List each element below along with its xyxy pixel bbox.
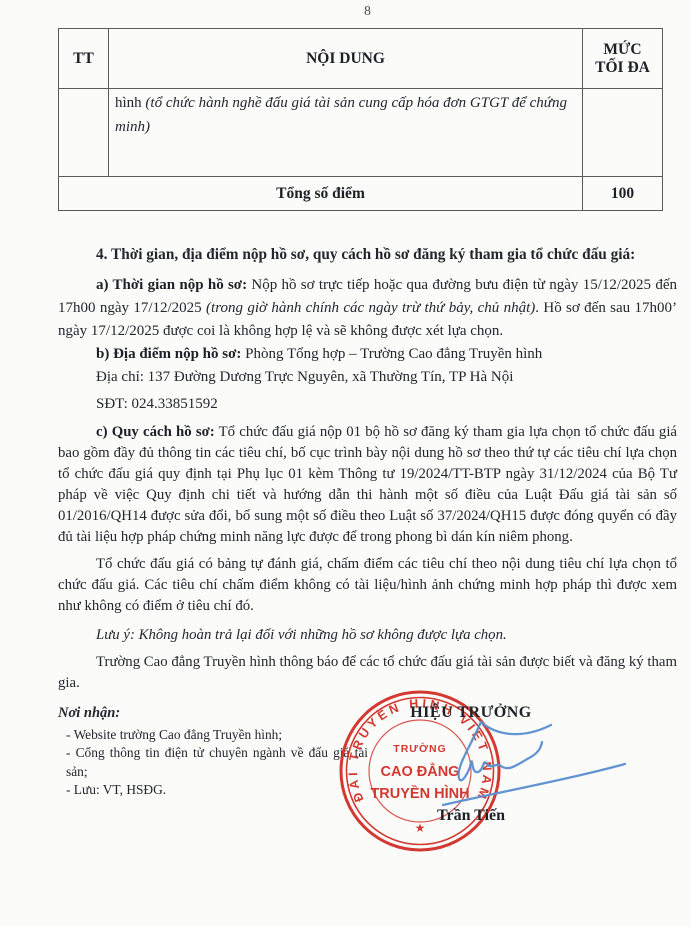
table-total-row: Tổng số điểm 100	[59, 177, 663, 211]
cell-max-empty	[583, 89, 663, 177]
signature-block: HIỆU TRƯỞNG Trần Tiến	[341, 704, 601, 825]
header-cell-tt: TT	[59, 29, 109, 89]
paragraph-b: b) Địa điểm nộp hồ sơ: Phòng Tổng hợp – …	[58, 343, 677, 366]
recipients-block: Nơi nhận: - Website trường Cao đẳng Truy…	[58, 704, 368, 800]
signer-title: HIỆU TRƯỞNG	[341, 704, 601, 722]
paragraph-a-label: a) Thời gian nộp hồ sơ:	[96, 277, 247, 293]
phone-line: SĐT: 024.33851592	[58, 393, 677, 416]
paragraph-a-italic: (trong giờ hành chính các ngày trừ thứ b…	[206, 300, 535, 316]
paragraph-c-text: Tổ chức đấu giá nộp 01 bộ hồ sơ đăng ký …	[58, 424, 677, 545]
table-row: hình (tổ chức hành nghề đấu giá tài sản …	[59, 89, 663, 177]
cell-content: hình (tổ chức hành nghề đấu giá tài sản …	[109, 89, 583, 177]
paragraph-b-text: Phòng Tổng hợp – Trường Cao đẳng Truyền …	[241, 346, 542, 362]
criteria-table: TT NỘI DUNG MỨC TỐI ĐA hình (tổ chức hàn…	[58, 28, 663, 211]
recipient-item: - Website trường Cao đẳng Truyền hình;	[58, 726, 368, 745]
paragraph-b-label: b) Địa điểm nộp hồ sơ:	[96, 346, 241, 362]
header-cell-noi-dung: NỘI DUNG	[109, 29, 583, 89]
cell-content-regular: hình	[115, 95, 145, 111]
paragraph-c-label: c) Quy cách hồ sơ:	[96, 424, 215, 440]
paragraph-a: a) Thời gian nộp hồ sơ: Nộp hồ sơ trực t…	[58, 274, 677, 343]
recipient-item: - Cổng thông tin điện tử chuyên ngành về…	[58, 744, 368, 781]
header-cell-muc-toi-da: MỨC TỐI ĐA	[583, 29, 663, 89]
page-number: 8	[58, 3, 677, 19]
recipients-label: Nơi nhận:	[58, 704, 368, 723]
document-page: 8 TT NỘI DUNG MỨC TỐI ĐA hình (tổ chức h…	[0, 0, 691, 927]
paragraph-c: c) Quy cách hồ sơ: Tổ chức đấu giá nộp 0…	[58, 422, 677, 548]
table-header-row: TT NỘI DUNG MỨC TỐI ĐA	[59, 29, 663, 89]
note-paragraph: Lưu ý: Không hoàn trả lại đối với những …	[58, 625, 677, 646]
recipient-item: - Lưu: VT, HSĐG.	[58, 781, 368, 800]
total-value: 100	[583, 177, 663, 211]
footer: Nơi nhận: - Website trường Cao đẳng Truy…	[58, 704, 677, 894]
cell-content-italic: (tổ chức hành nghề đấu giá tài sản cung …	[115, 95, 567, 135]
section-4-heading: 4. Thời gian, địa điểm nộp hồ sơ, quy cá…	[58, 243, 677, 266]
cell-tt-empty	[59, 89, 109, 177]
signer-name: Trần Tiến	[341, 807, 601, 825]
total-label: Tổng số điểm	[59, 177, 583, 211]
self-assessment-paragraph: Tổ chức đấu giá có bảng tự đánh giá, chấ…	[58, 554, 677, 617]
address-line: Địa chỉ: 137 Đường Dương Trực Nguyên, xã…	[58, 366, 677, 389]
